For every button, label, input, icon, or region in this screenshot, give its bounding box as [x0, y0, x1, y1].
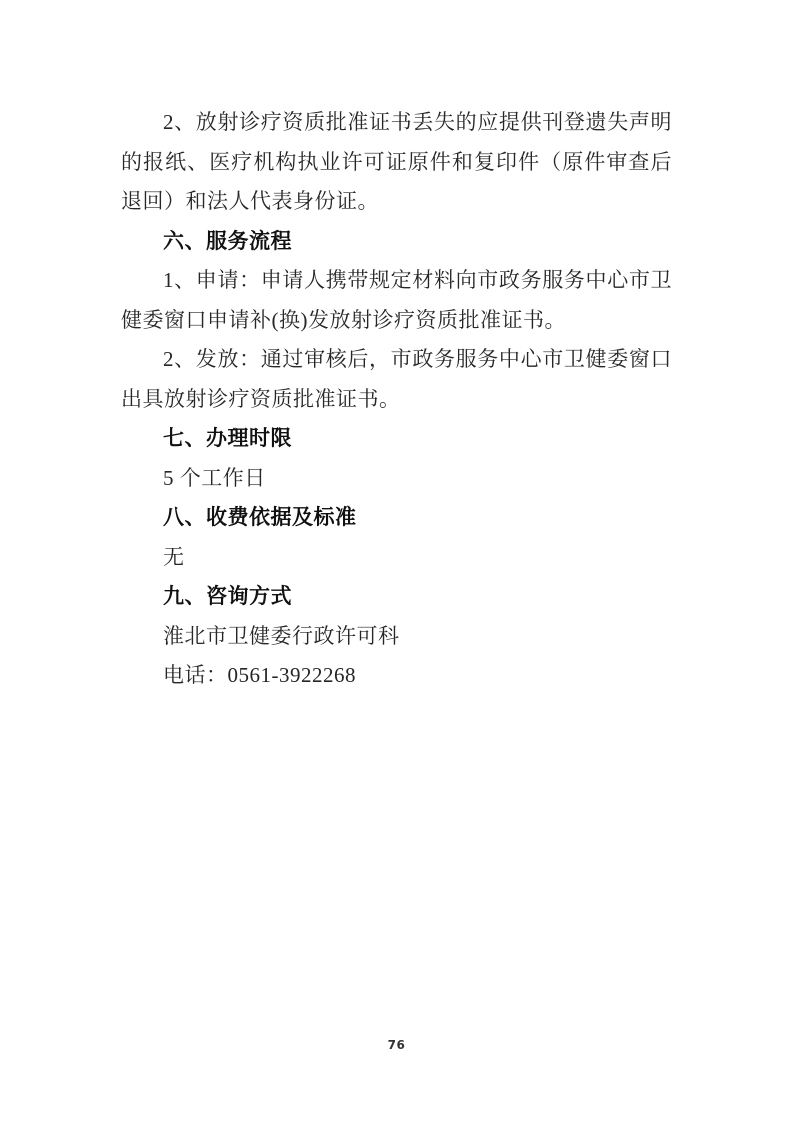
paragraph-step-apply: 1、申请：申请人携带规定材料向市政务服务中心市卫健委窗口申请补(换)发放射诊疗资… — [121, 261, 672, 340]
paragraph-fee-none: 无 — [121, 538, 672, 578]
section-heading-processing-time: 七、办理时限 — [121, 419, 672, 459]
paragraph-lost-certificate-materials: 2、放射诊疗资质批准证书丢失的应提供刊登遗失声明的报纸、医疗机构执业许可证原件和… — [121, 103, 672, 222]
section-heading-fee-basis: 八、收费依据及标准 — [121, 498, 672, 538]
section-heading-consultation: 九、咨询方式 — [121, 577, 672, 617]
document-page: 2、放射诊疗资质批准证书丢失的应提供刊登遗失声明的报纸、医疗机构执业许可证原件和… — [0, 0, 793, 1122]
paragraph-working-days: 5 个工作日 — [121, 459, 672, 499]
document-content: 2、放射诊疗资质批准证书丢失的应提供刊登遗失声明的报纸、医疗机构执业许可证原件和… — [121, 103, 672, 696]
paragraph-step-issue: 2、发放：通过审核后，市政务服务中心市卫健委窗口出具放射诊疗资质批准证书。 — [121, 340, 672, 419]
section-heading-service-process: 六、服务流程 — [121, 222, 672, 262]
page-number: 76 — [0, 1038, 793, 1052]
paragraph-consultation-office: 淮北市卫健委行政许可科 — [121, 617, 672, 657]
paragraph-consultation-phone: 电话：0561-3922268 — [121, 656, 672, 696]
